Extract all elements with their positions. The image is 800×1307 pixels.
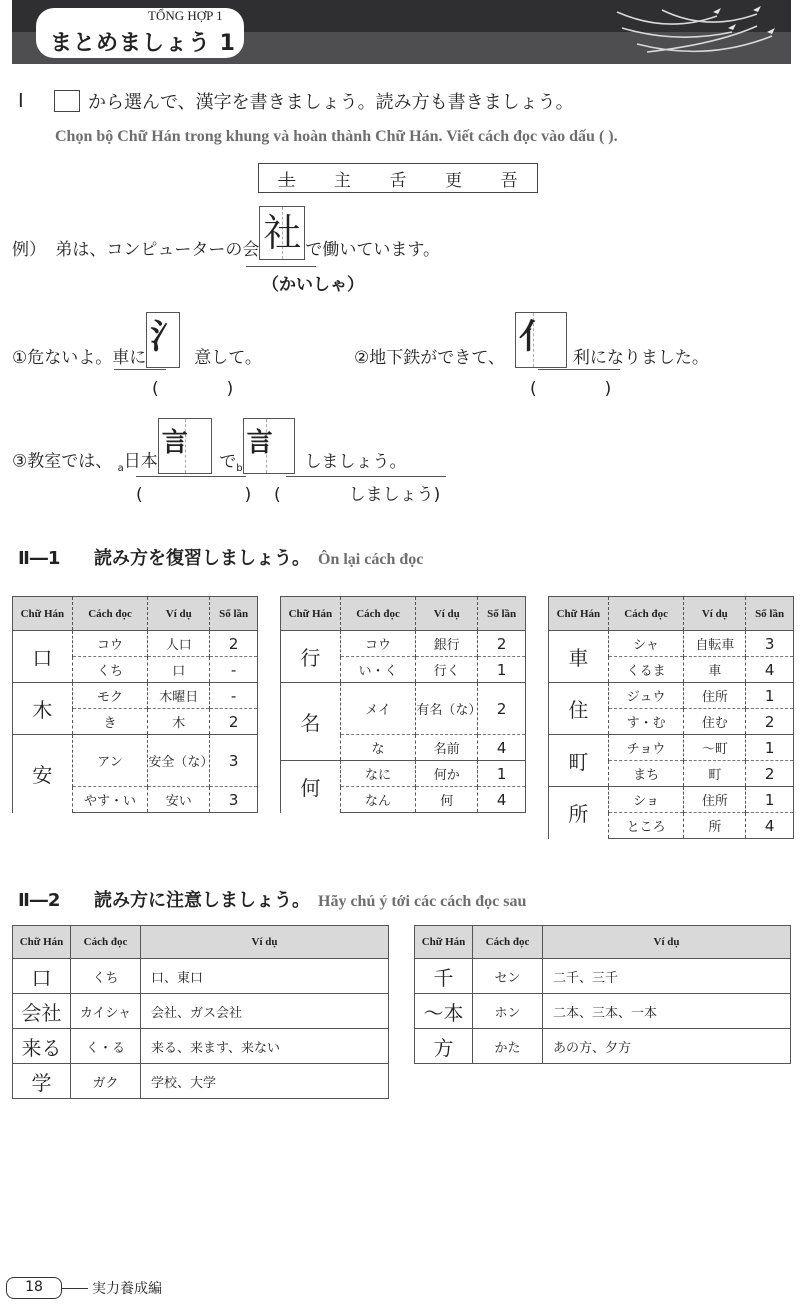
table-row: 学ガク学校、大学 — [13, 1064, 389, 1099]
column-header: Cách đọc — [340, 597, 416, 631]
column-header: Ví dụ — [148, 597, 210, 631]
question-3: ③教室では、 a日本言 でb言しましょう。 — [12, 418, 407, 474]
column-header: Chữ Hán — [549, 597, 609, 631]
table-row: 木モク木曜日- — [13, 683, 258, 709]
example-label: 例） — [12, 240, 46, 260]
example-underline — [246, 266, 316, 267]
kanji-cell: 会社 — [13, 994, 71, 1029]
reading-cell: い・く — [340, 657, 416, 683]
count-cell: 2 — [478, 683, 526, 735]
example-kanji-box: 社 — [259, 206, 305, 260]
page-number: 18 — [6, 1277, 62, 1299]
example-cell: 二本、三本、一本 — [543, 994, 791, 1029]
section2-2-number: Ⅱ―2 — [18, 890, 94, 911]
kanji-cell: 方 — [415, 1029, 473, 1064]
q1-prefix: 危ないよ。車に — [27, 348, 146, 368]
example-cell: 木 — [148, 709, 210, 735]
reading-cell: かた — [473, 1029, 543, 1064]
count-cell: 1 — [746, 683, 794, 709]
column-header: Chữ Hán — [13, 597, 73, 631]
q3a-underline — [136, 476, 246, 477]
count-cell: 2 — [210, 631, 258, 657]
q3-mid: で — [219, 452, 236, 472]
review-table-2: Chữ HánCách đọcVí dụSố lần行コウ銀行2い・く行く1名メ… — [280, 596, 526, 813]
attention-table-right: Chữ HánCách đọcVí dụ千セン二千、三千～本ホン二本、三本、一本… — [414, 925, 791, 1064]
section2-1-heading: Ⅱ―1 読み方を復習しましょう。 Ôn lại cách đọc — [18, 544, 423, 570]
page-title: まとめましょう 1 — [50, 26, 236, 57]
review-table-3: Chữ HánCách đọcVí dụSố lần車シャ自転車3くるま車4住ジ… — [548, 596, 794, 839]
example-reading: （かいしゃ） — [262, 270, 364, 295]
q1-label: ① — [12, 348, 27, 368]
section2-2-title-vi: Hãy chú ý tới các cách đọc sau — [318, 893, 526, 911]
column-header: Cách đọc — [72, 597, 148, 631]
kanji-cell: 安 — [13, 735, 73, 813]
count-cell: 1 — [746, 735, 794, 761]
column-header: Số lần — [478, 597, 526, 631]
page-header: TỔNG HỢP 1 まとめましょう 1 — [12, 0, 791, 64]
table-row: 車シャ自転車3 — [549, 631, 794, 657]
section2-1-title-vi: Ôn lại cách đọc — [318, 551, 423, 569]
table-header-row: Chữ HánCách đọcVí dụ — [415, 926, 791, 959]
reading-cell: セン — [473, 959, 543, 994]
section2-2-heading: Ⅱ―2 読み方に注意しましょう。 Hãy chú ý tới các cách … — [18, 886, 526, 912]
column-header: Số lần — [210, 597, 258, 631]
section2-2-title: 読み方に注意しましょう。 — [94, 886, 310, 912]
q2-underline — [538, 369, 620, 370]
reading-cell: くち — [71, 959, 141, 994]
section2-1-title: 読み方を復習しましょう。 — [94, 544, 310, 570]
reading-cell: コウ — [72, 631, 148, 657]
attention-table-left: Chữ HánCách đọcVí dụ口くち口、東口会社カイシャ会社、ガス会社… — [12, 925, 389, 1099]
reading-cell: アン — [72, 735, 148, 787]
q2-suffix: 利になりました。 — [573, 348, 709, 368]
reading-cell: まち — [608, 761, 684, 787]
reading-cell: な — [340, 735, 416, 761]
q2-reading-blank[interactable]: ( ) — [530, 374, 611, 399]
example-cell: ～町 — [684, 735, 746, 761]
kanji-cell: 学 — [13, 1064, 71, 1099]
radical-choice: 更 — [445, 166, 462, 191]
example-cell: 安い — [148, 787, 210, 813]
q2-prefix: 地下鉄ができて、 — [369, 348, 505, 368]
header-subtitle: TỔNG HỢP 1 — [148, 8, 223, 24]
count-cell: 3 — [210, 735, 258, 787]
kanji-cell: 口 — [13, 631, 73, 683]
column-header: Ví dụ — [416, 597, 478, 631]
radical-choices: 土 主 舌 更 吾 — [258, 163, 538, 193]
column-header: Cách đọc — [608, 597, 684, 631]
q3b-reading-blank[interactable]: ( しましょう) — [274, 480, 440, 505]
example-cell: 学校、大学 — [141, 1064, 389, 1099]
book-section-label: 実力養成編 — [92, 1278, 162, 1298]
column-header: Ví dụ — [543, 926, 791, 959]
example-cell: 町 — [684, 761, 746, 787]
count-cell: 4 — [746, 657, 794, 683]
reading-cell: くるま — [608, 657, 684, 683]
airplanes-icon — [607, 4, 777, 58]
count-cell: - — [210, 657, 258, 683]
kanji-cell: 口 — [13, 959, 71, 994]
example-cell: 人口 — [148, 631, 210, 657]
q1-kanji-box[interactable]: 氵 — [146, 312, 180, 368]
q3-suffix: しましょう。 — [305, 452, 407, 472]
kanji-cell: 名 — [281, 683, 341, 761]
question-2: ②地下鉄ができて、亻利になりました。 — [354, 312, 709, 368]
example-cell: 口、東口 — [141, 959, 389, 994]
reading-cell: モク — [72, 683, 148, 709]
kanji-cell: 車 — [549, 631, 609, 683]
q1-reading-blank[interactable]: ( ) — [152, 374, 233, 399]
example-sentence: 例） 弟は、コンピューターの会社で働いています。 — [12, 206, 440, 260]
count-cell: 1 — [746, 787, 794, 813]
example-cell: 車 — [684, 657, 746, 683]
count-cell: 2 — [478, 631, 526, 657]
footer-divider — [62, 1288, 88, 1289]
section1-number: Ⅰ — [18, 90, 54, 113]
radical-box-symbol — [54, 90, 80, 112]
q2-label: ② — [354, 348, 369, 368]
q3a-kanji-box[interactable]: 言 — [158, 418, 212, 474]
example-cell: 自転車 — [684, 631, 746, 657]
q1-underline — [114, 369, 166, 370]
table-row: 口コウ人口2 — [13, 631, 258, 657]
reading-cell: ショ — [608, 787, 684, 813]
reading-cell: やす・い — [72, 787, 148, 813]
table-row: 所ショ住所1 — [549, 787, 794, 813]
count-cell: 3 — [210, 787, 258, 813]
q3-prefix: 教室では、 — [27, 452, 112, 472]
section1-heading: Ⅰ から選んで、漢字を書きましょう。読み方も書きましょう。 — [18, 88, 574, 114]
column-header: Cách đọc — [473, 926, 543, 959]
count-cell: 1 — [478, 657, 526, 683]
example-cell: 名前 — [416, 735, 478, 761]
kanji-cell: 木 — [13, 683, 73, 735]
example-cell: 住所 — [684, 683, 746, 709]
reading-cell: チョウ — [608, 735, 684, 761]
radical-choice: 土 — [278, 166, 295, 191]
q3-a-text: 日本 — [124, 452, 158, 472]
table-row: 口くち口、東口 — [13, 959, 389, 994]
section1-instruction: から選んで、漢字を書きましょう。読み方も書きましょう。 — [88, 88, 574, 114]
example-cell: 所 — [684, 813, 746, 839]
review-table-1: Chữ HánCách đọcVí dụSố lần口コウ人口2くち口-木モク木… — [12, 596, 258, 813]
column-header: Số lần — [746, 597, 794, 631]
reading-cell: メイ — [340, 683, 416, 735]
example-cell: 来る、来ます、来ない — [141, 1029, 389, 1064]
example-cell: 安全（な） — [148, 735, 210, 787]
q2-kanji-box[interactable]: 亻 — [515, 312, 567, 368]
table-row: 町チョウ～町1 — [549, 735, 794, 761]
reading-cell: く・る — [71, 1029, 141, 1064]
reading-cell: シャ — [608, 631, 684, 657]
count-cell: - — [210, 683, 258, 709]
reading-cell: コウ — [340, 631, 416, 657]
table-header-row: Chữ HánCách đọcVí dụ — [13, 926, 389, 959]
kanji-cell: 所 — [549, 787, 609, 839]
kanji-cell: 住 — [549, 683, 609, 735]
example-cell: 住所 — [684, 787, 746, 813]
table-row: 安アン安全（な）3 — [13, 735, 258, 787]
column-header: Ví dụ — [141, 926, 389, 959]
kanji-cell: 千 — [415, 959, 473, 994]
example-suffix: で働いています。 — [305, 240, 440, 260]
example-cell: あの方、夕方 — [543, 1029, 791, 1064]
table-row: 住ジュウ住所1 — [549, 683, 794, 709]
column-header: Chữ Hán — [415, 926, 473, 959]
kanji-cell: ～本 — [415, 994, 473, 1029]
table-row: 何なに何か1 — [281, 761, 526, 787]
question-1: ①危ないよ。車に氵意して。 — [12, 312, 262, 368]
table-header-row: Chữ HánCách đọcVí dụSố lần — [549, 597, 794, 631]
kanji-cell: 来る — [13, 1029, 71, 1064]
reading-cell: ガク — [71, 1064, 141, 1099]
page-footer: 18 実力養成編 — [6, 1277, 162, 1299]
table-row: 名メイ有名（な）2 — [281, 683, 526, 735]
table-row: 方かたあの方、夕方 — [415, 1029, 791, 1064]
q3-label: ③ — [12, 452, 27, 472]
table-row: ～本ホン二本、三本、一本 — [415, 994, 791, 1029]
count-cell: 1 — [478, 761, 526, 787]
example-cell: 会社、ガス会社 — [141, 994, 389, 1029]
example-cell: 有名（な） — [416, 683, 478, 735]
q3b-kanji-box[interactable]: 言 — [243, 418, 295, 474]
reading-cell: カイシャ — [71, 994, 141, 1029]
column-header: Ví dụ — [684, 597, 746, 631]
count-cell: 4 — [478, 787, 526, 813]
count-cell: 2 — [746, 761, 794, 787]
reading-cell: き — [72, 709, 148, 735]
kanji-cell: 町 — [549, 735, 609, 787]
example-cell: 行く — [416, 657, 478, 683]
radical-choice: 主 — [334, 166, 351, 191]
example-cell: 何 — [416, 787, 478, 813]
reading-cell: なに — [340, 761, 416, 787]
count-cell: 4 — [478, 735, 526, 761]
q3b-underline — [286, 476, 446, 477]
count-cell: 4 — [746, 813, 794, 839]
kanji-cell: 何 — [281, 761, 341, 813]
reading-cell: す・む — [608, 709, 684, 735]
count-cell: 2 — [210, 709, 258, 735]
table-row: 行コウ銀行2 — [281, 631, 526, 657]
section2-1-number: Ⅱ―1 — [18, 548, 94, 569]
example-cell: 二千、三千 — [543, 959, 791, 994]
reading-cell: なん — [340, 787, 416, 813]
radical-choice: 舌 — [389, 166, 406, 191]
column-header: Chữ Hán — [13, 926, 71, 959]
reading-cell: ホン — [473, 994, 543, 1029]
table-row: 来るく・る来る、来ます、来ない — [13, 1029, 389, 1064]
table-header-row: Chữ HánCách đọcVí dụSố lần — [281, 597, 526, 631]
example-cell: 何か — [416, 761, 478, 787]
count-cell: 3 — [746, 631, 794, 657]
reading-cell: ジュウ — [608, 683, 684, 709]
section1-instruction-vi: Chọn bộ Chữ Hán trong khung và hoàn thàn… — [55, 128, 618, 146]
kanji-cell: 行 — [281, 631, 341, 683]
reading-cell: ところ — [608, 813, 684, 839]
q3a-reading-blank[interactable]: ( ) — [136, 480, 251, 505]
reading-cell: くち — [72, 657, 148, 683]
q1-suffix: 意して。 — [194, 348, 262, 368]
table-row: 千セン二千、三千 — [415, 959, 791, 994]
table-row: 会社カイシャ会社、ガス会社 — [13, 994, 389, 1029]
example-cell: 銀行 — [416, 631, 478, 657]
column-header: Chữ Hán — [281, 597, 341, 631]
example-cell: 住む — [684, 709, 746, 735]
table-header-row: Chữ HánCách đọcVí dụSố lần — [13, 597, 258, 631]
column-header: Cách đọc — [71, 926, 141, 959]
example-cell: 口 — [148, 657, 210, 683]
radical-choice: 吾 — [501, 166, 518, 191]
example-cell: 木曜日 — [148, 683, 210, 709]
example-prefix: 弟は、コンピューターの会 — [55, 240, 259, 260]
count-cell: 2 — [746, 709, 794, 735]
